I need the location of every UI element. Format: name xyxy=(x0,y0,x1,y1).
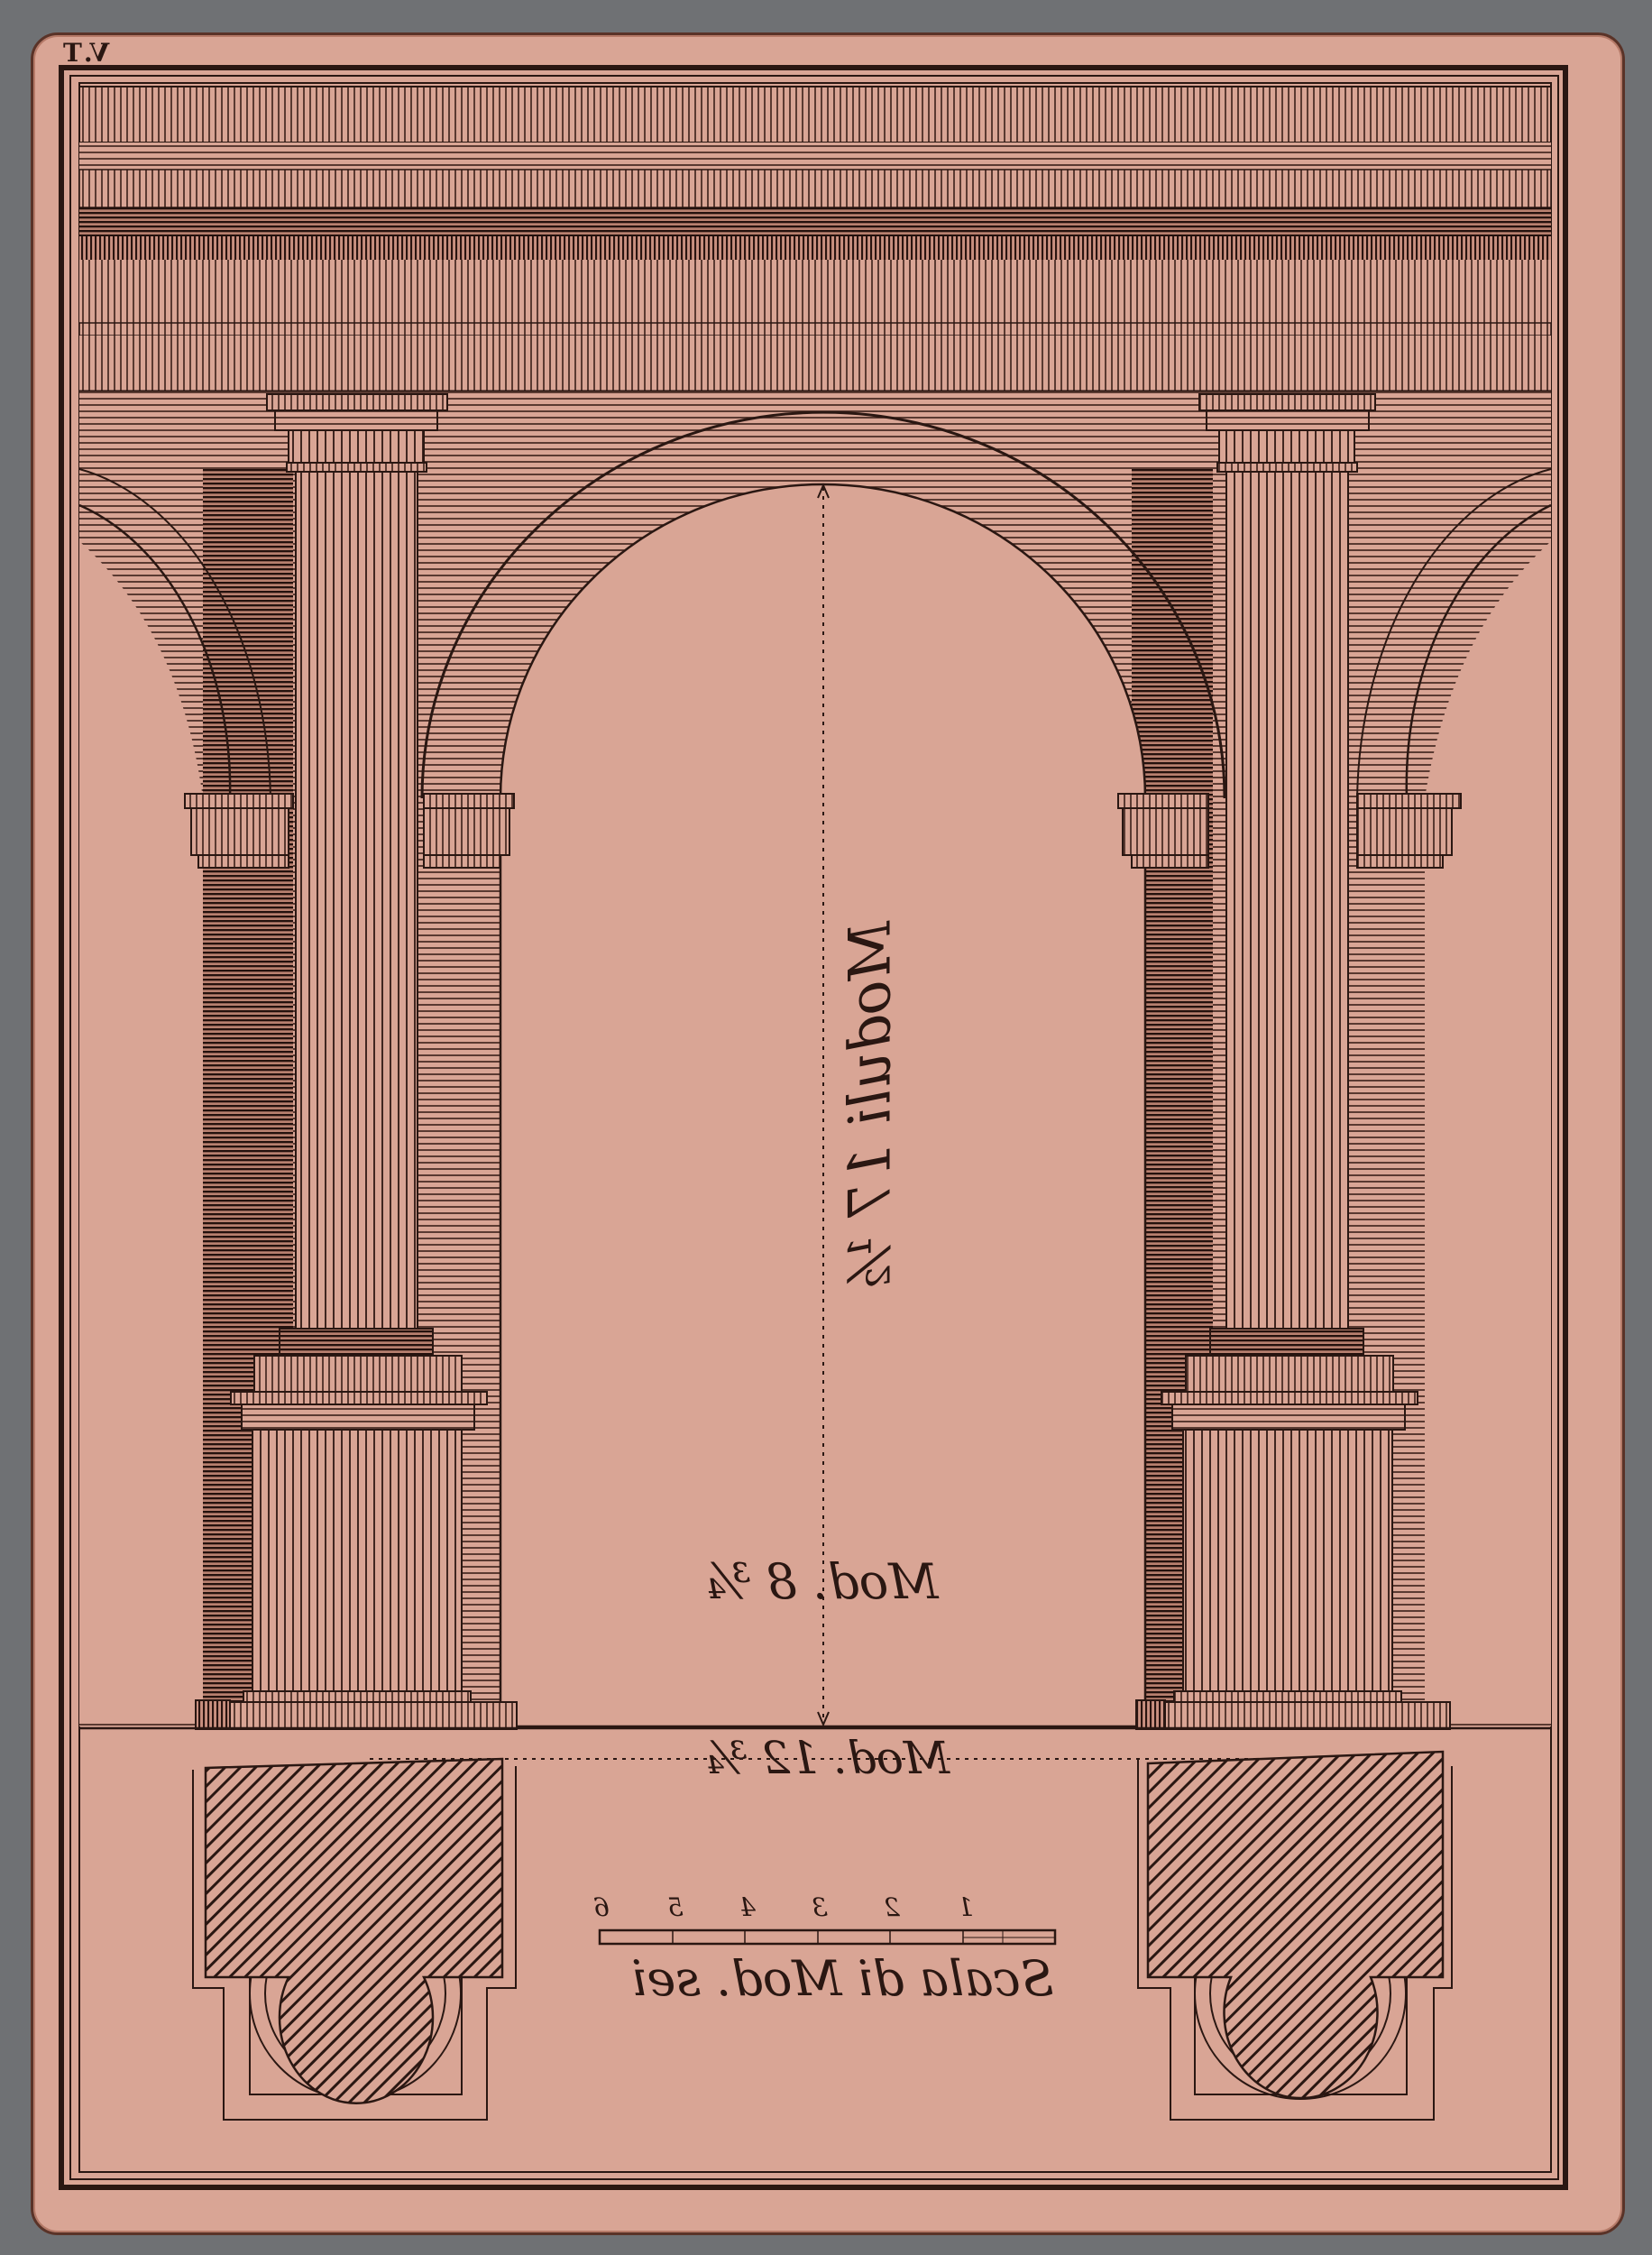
bay-width-label: Mod. 12 ¾ xyxy=(703,1732,950,1784)
scale-tick-4: 4 xyxy=(739,1892,756,1922)
scale-tick-3: 3 xyxy=(812,1892,828,1922)
entablature xyxy=(79,87,1551,391)
scale-tick-5: 5 xyxy=(667,1892,684,1922)
scale-tick-1: 1 xyxy=(958,1892,974,1922)
left-pier-plan xyxy=(193,1759,516,2120)
arch-width-label: Mod. 8 ¾ xyxy=(703,1553,939,1610)
arch-height-label: Moduli 17 ½ xyxy=(838,921,904,1292)
scale-title: Scala di Mod. sei xyxy=(631,1950,1054,2007)
scale-tick-2: 2 xyxy=(884,1892,900,1922)
scale-tick-6: 6 xyxy=(593,1892,610,1922)
right-pier-plan xyxy=(1138,1752,1452,2120)
scale-bar xyxy=(600,1930,1055,1944)
